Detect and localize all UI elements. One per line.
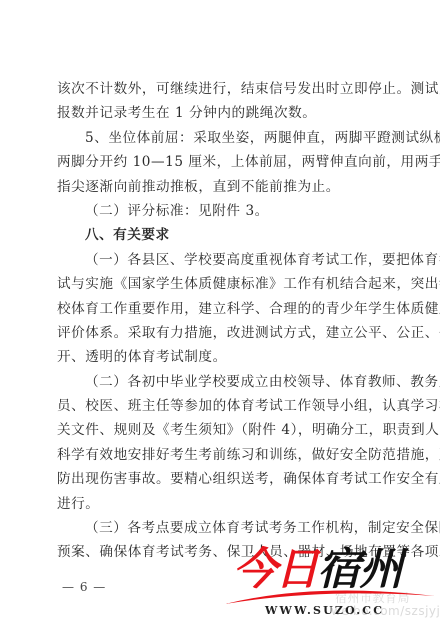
text-line: 两脚分开约 10—15 厘米，上体前屈，两臂伸直向前，用两手中 <box>57 150 387 174</box>
text-line: 该次不计数外，可继续进行，结束信号发出时立即停止。测试员 <box>57 77 387 101</box>
page-number: — 6 — <box>62 580 106 594</box>
text-line: （三）各考点要成立体育考试考务工作机构，制定安全保障 <box>57 516 387 540</box>
text-line: （二）评分标准：见附件 3。 <box>57 199 387 223</box>
section-heading: 八、有关要求 <box>57 223 387 247</box>
text-line: （二）各初中毕业学校要成立由校领导、体育教师、教务人 <box>57 370 387 394</box>
text-line: 5、坐位体前屈：采取坐姿，两腿伸直，两脚平蹬测试纵板， <box>57 126 387 150</box>
text-line: （一）各县区、学校要高度重视体育考试工作，要把体育考 <box>57 248 387 272</box>
text-line: 防出现伤害事故。要精心组织送考，确保体育考试工作安全有序 <box>57 467 387 491</box>
logo-swoosh-icon <box>225 584 440 606</box>
text-line: 评价体系。采取有力措施，改进测试方式，建立公平、公正、公 <box>57 321 387 345</box>
site-logo: 宿州市教育局 weibo.com/szsjyj 今日宿州 WWW.SUZO.CC <box>225 548 440 622</box>
document-page: 该次不计数外，可继续进行，结束信号发出时立即停止。测试员报数并记录考生在 1 分… <box>0 0 440 622</box>
text-line: 试与实施《国家学生体质健康标准》工作有机结合起来，突出学 <box>57 272 387 296</box>
text-line: 进行。 <box>57 492 387 516</box>
text-line: 科学有效地安排好考生考前练习和训练，做好安全防范措施，严 <box>57 443 387 467</box>
logo-url: WWW.SUZO.CC <box>265 604 384 617</box>
text-line: 关文件、规则及《考生须知》（附件 4），明确分工，职责到人。 <box>57 418 387 442</box>
text-line: 员、校医、班主任等参加的体育考试工作领导小组，认真学习相 <box>57 394 387 418</box>
document-body: 该次不计数外，可继续进行，结束信号发出时立即停止。测试员报数并记录考生在 1 分… <box>57 77 387 565</box>
text-line: 报数并记录考生在 1 分钟内的跳绳次数。 <box>57 101 387 125</box>
text-line: 开、透明的体育考试制度。 <box>57 345 387 369</box>
text-line: 校体育工作重要作用，建立科学、合理的的青少年学生体质健康 <box>57 297 387 321</box>
text-line: 指尖逐渐向前推动推板，直到不能前推为止。 <box>57 175 387 199</box>
